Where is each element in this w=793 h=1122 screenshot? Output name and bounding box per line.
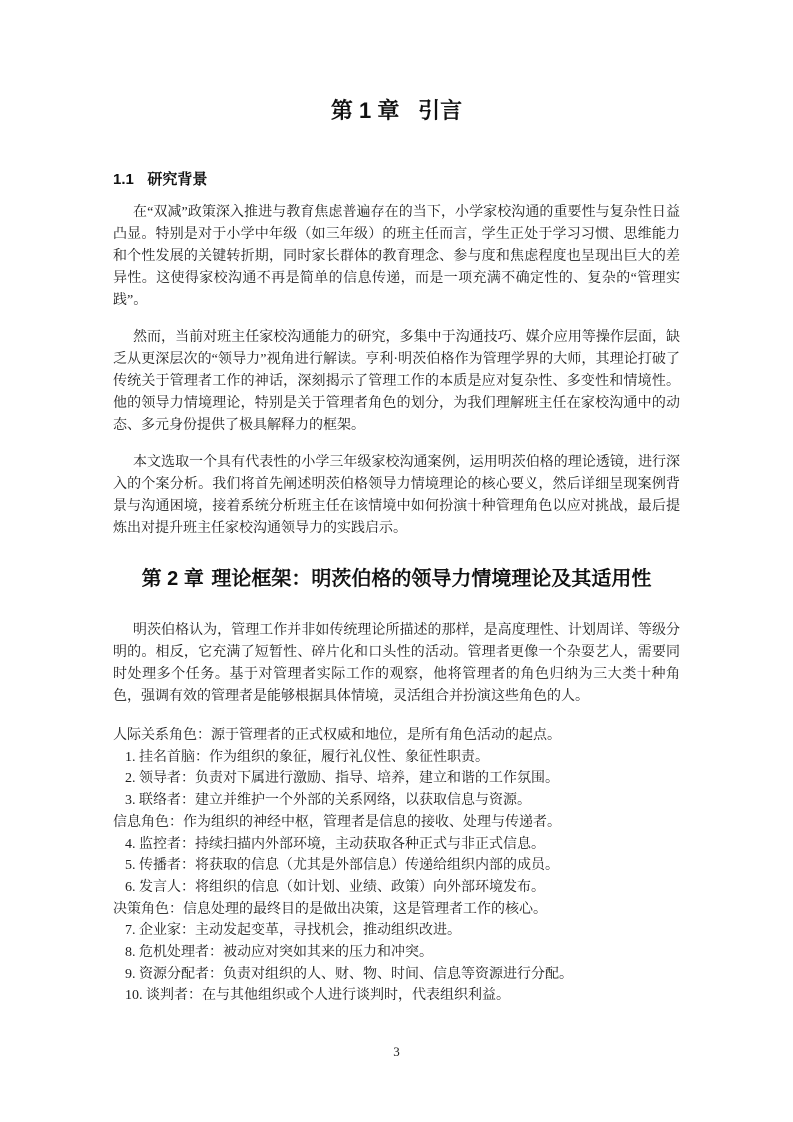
role-item-disseminator: 5. 传播者：将获取的信息（尤其是外部信息）传递给组织内部的成员。 bbox=[125, 855, 680, 877]
section-1-1-number: 1.1 bbox=[113, 171, 134, 188]
role-group-decisional: 决策角色：信息处理的最终目的是做出决策，这是管理者工作的核心。 bbox=[113, 899, 680, 921]
section-1-1-heading: 1.1研究背景 bbox=[113, 170, 680, 190]
chapter1-title-text: 引言 bbox=[418, 98, 462, 123]
role-item-figurehead: 1. 挂名首脑：作为组织的象征，履行礼仪性、象征性职责。 bbox=[125, 747, 680, 769]
page-number: 3 bbox=[0, 1043, 793, 1061]
role-item-leader: 2. 领导者：负责对下属进行激励、指导、培养，建立和谐的工作氛围。 bbox=[125, 768, 680, 790]
role-group-informational: 信息角色：作为组织的神经中枢，管理者是信息的接收、处理与传递者。 bbox=[113, 812, 680, 834]
manager-roles-list: 人际关系角色：源于管理者的正式权威和地位，是所有角色活动的起点。 1. 挂名首脑… bbox=[113, 725, 680, 1007]
chapter1-paragraph-3: 本文选取一个具有代表性的小学三年级家校沟通案例，运用明茨伯格的理论透镜，进行深入… bbox=[113, 452, 680, 540]
role-group-interpersonal: 人际关系角色：源于管理者的正式权威和地位，是所有角色活动的起点。 bbox=[113, 725, 680, 747]
chapter2-title: 第 2 章理论框架：明茨伯格的领导力情境理论及其适用性 bbox=[113, 566, 680, 592]
role-item-negotiator: 10. 谈判者：在与其他组织或个人进行谈判时，代表组织利益。 bbox=[125, 985, 680, 1007]
role-item-liaison: 3. 联络者：建立并维护一个外部的关系网络，以获取信息与资源。 bbox=[125, 790, 680, 812]
role-item-entrepreneur: 7. 企业家：主动发起变革，寻找机会，推动组织改进。 bbox=[125, 920, 680, 942]
role-item-disturbance-handler: 8. 危机处理者：被动应对突如其来的压力和冲突。 bbox=[125, 942, 680, 964]
chapter1-paragraph-1: 在“双减”政策深入推进与教育焦虑普遍存在的当下，小学家校沟通的重要性与复杂性日益… bbox=[113, 202, 680, 312]
section-1-1-title-text: 研究背景 bbox=[147, 171, 207, 188]
chapter2-intro-paragraph: 明茨伯格认为，管理工作并非如传统理论所描述的那样，是高度理性、计划周详、等级分明… bbox=[113, 620, 680, 708]
role-item-spokesperson: 6. 发言人：将组织的信息（如计划、业绩、政策）向外部环境发布。 bbox=[125, 877, 680, 899]
document-page: 第 1 章引言 1.1研究背景 在“双减”政策深入推进与教育焦虑普遍存在的当下，… bbox=[0, 0, 793, 1122]
role-item-monitor: 4. 监控者：持续扫描内外部环境，主动获取各种正式与非正式信息。 bbox=[125, 834, 680, 856]
role-item-resource-allocator: 9. 资源分配者：负责对组织的人、财、物、时间、信息等资源进行分配。 bbox=[125, 964, 680, 986]
chapter1-paragraph-2: 然而，当前对班主任家校沟通能力的研究，多集中于沟通技巧、媒介应用等操作层面，缺乏… bbox=[113, 327, 680, 437]
chapter2-number: 第 2 章 bbox=[142, 568, 204, 590]
chapter1-title: 第 1 章引言 bbox=[113, 97, 680, 124]
chapter1-number: 第 1 章 bbox=[331, 98, 399, 123]
chapter2-title-text: 理论框架：明茨伯格的领导力情境理论及其适用性 bbox=[211, 568, 651, 590]
